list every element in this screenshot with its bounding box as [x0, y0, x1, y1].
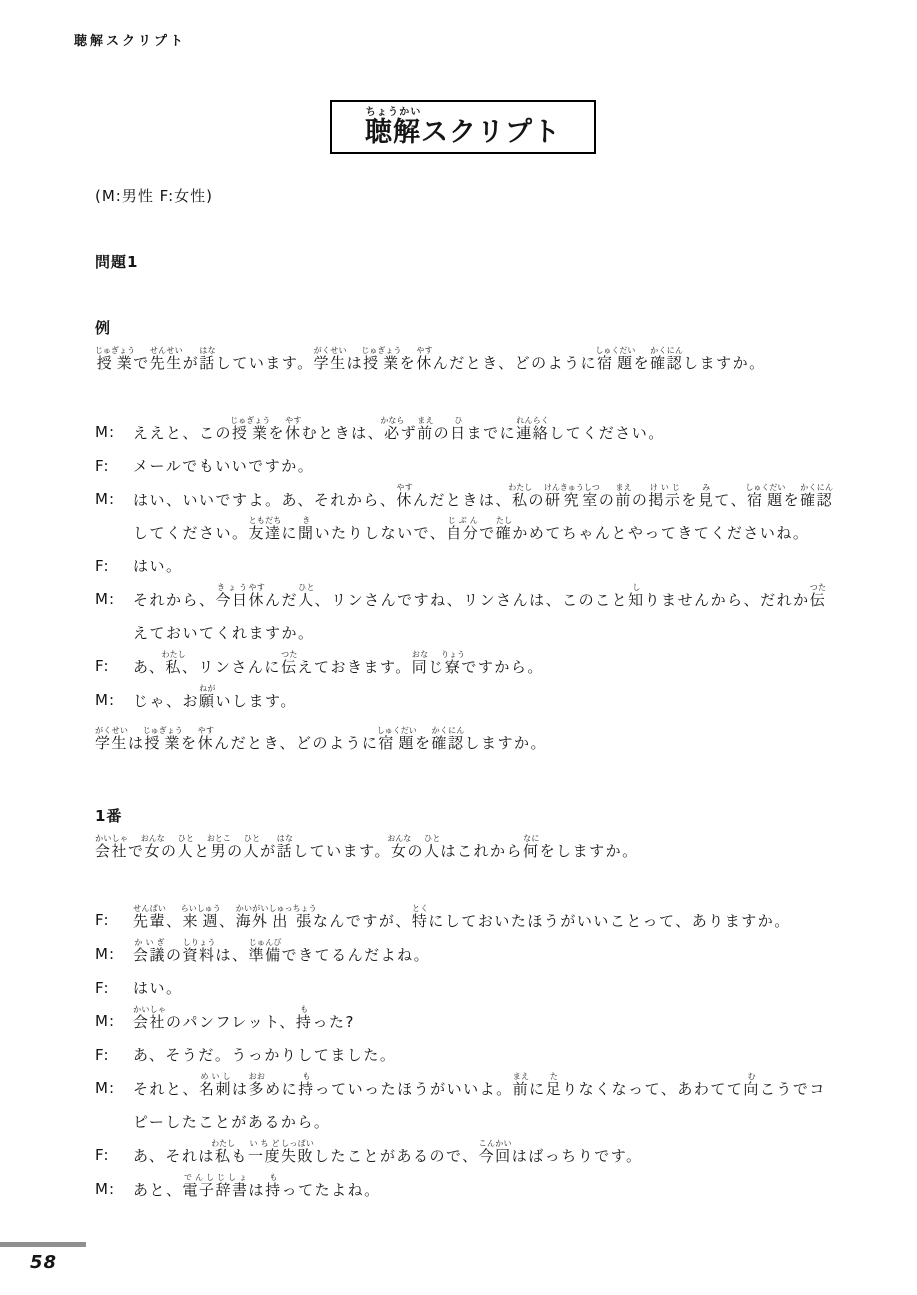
page-number: 58 [30, 1252, 57, 1273]
ruby-text: 特とく [412, 912, 429, 930]
dialogue-text: それから、今日きょう休やすんだ人ひと、リンさんですね、リンさんは、このこと知しり… [133, 583, 835, 650]
speaker-label: M: [95, 1072, 133, 1139]
narration-line: 会社かいしゃで女おんなの人ひとと男おとこの人ひとが話はなしています。女おんなの人… [95, 834, 835, 868]
speaker-label: F: [95, 550, 133, 583]
ruby-text: 多おお [249, 1080, 266, 1098]
ruby-text: 男おとこ [211, 842, 228, 860]
dialogue-line: F:先輩せんぱい、来週らいしゅう、海外かいがい出張しゅっちょうなんですが、特とく… [95, 904, 835, 938]
ruby-text: 同おな [412, 658, 429, 676]
page-title-box: 聴解ちょうかいスクリプト [330, 100, 596, 154]
ruby-text: 会社かいしゃ [95, 842, 128, 860]
ruby-text: 前まえ [417, 424, 434, 442]
ruby-text: 掲示けいじ [648, 491, 681, 509]
ruby-text: 研究室けんきゅうしつ [545, 491, 599, 509]
ruby-text: 名刺めいし [199, 1080, 232, 1098]
ruby-text: 願ねが [199, 692, 216, 710]
ruby-text: 先生せんせい [150, 354, 183, 372]
dialogue-line: F:メールでもいいですか。 [95, 450, 835, 483]
ruby-text: 聞き [298, 524, 315, 542]
dialogue-text: はい。 [133, 972, 835, 1005]
dialogue-block: F:先輩せんぱい、来週らいしゅう、海外かいがい出張しゅっちょうなんですが、特とく… [95, 904, 835, 1207]
ruby-text: 今回こんかい [479, 1147, 512, 1165]
ruby-text: 女おんな [391, 842, 408, 860]
speaker-label: M: [95, 583, 133, 650]
ruby-text: 向む [743, 1080, 760, 1098]
narration-line: 学生がくせいは授業じゅぎょうを休やすんだとき、どのように宿題しゅくだいを確認かく… [95, 726, 835, 760]
running-header: 聴解スクリプト [74, 30, 186, 49]
dialogue-text: 会議かいぎの資料しりょうは、準備じゅんびできてるんだよね。 [133, 938, 835, 972]
dialogue-line: F:あ、そうだ。うっかりしてました。 [95, 1039, 835, 1072]
ruby-text: 確たし [496, 524, 513, 542]
ruby-text: 電子でんし [183, 1181, 216, 1199]
dialogue-text: それと、名刺めいしは多おおめに持もっていったほうがいいよ。前まえに足たりなくなっ… [133, 1072, 835, 1139]
ruby-text: 人ひと [244, 842, 261, 860]
dialogue-text: じゃ、お願ねがいします。 [133, 684, 835, 718]
dialogue-block: M:ええと、この授業じゅぎょうを休やすむときは、必かならず前まえの日ひまでに連絡… [95, 416, 835, 718]
ruby-text: 休やす [285, 424, 302, 442]
ruby-text: 人ひと [424, 842, 441, 860]
ruby-text: 会議かいぎ [133, 946, 166, 964]
ruby-text: 私わたし [165, 658, 182, 676]
ruby-text: 海外かいがい [236, 912, 269, 930]
ruby-text: 前まえ [513, 1080, 530, 1098]
dialogue-text: 会社かいしゃのパンフレット、持もった? [133, 1005, 835, 1039]
ruby-text: 持も [265, 1181, 282, 1199]
dialogue-text: あ、そうだ。うっかりしてました。 [133, 1039, 835, 1072]
dialogue-text: 先輩せんぱい、来週らいしゅう、海外かいがい出張しゅっちょうなんですが、特とくにし… [133, 904, 835, 938]
ruby-text: 話はな [199, 354, 216, 372]
ruby-text: 準備じゅんび [249, 946, 282, 964]
speaker-label: F: [95, 450, 133, 483]
ruby-text: 確認かくにん [800, 491, 833, 509]
ruby-text: 失敗しっぱい [281, 1147, 314, 1165]
speaker-label: M: [95, 684, 133, 718]
section-heading: 例 [95, 318, 835, 338]
ruby-text: 今日きょう [216, 591, 249, 609]
ruby-text: 私わたし [215, 1147, 232, 1165]
ruby-text: 会社かいしゃ [133, 1013, 166, 1031]
speaker-label: F: [95, 904, 133, 938]
ruby-text: 日ひ [450, 424, 467, 442]
ruby-text: 出張しゅっちょう [269, 912, 313, 930]
ruby-text: 必かなら [384, 424, 401, 442]
ruby-text: 学生がくせい [95, 734, 128, 752]
speaker-label: F: [95, 650, 133, 684]
ruby-text: 確認かくにん [432, 734, 465, 752]
ruby-text: 聴解ちょうかい [365, 117, 421, 148]
dialogue-line: M:はい、いいですよ。あ、それから、休やすんだときは、私わたしの研究室けんきゅう… [95, 483, 835, 550]
ruby-text: 友達ともだち [249, 524, 282, 542]
ruby-text: 休やす [198, 734, 215, 752]
dialogue-line: M:会議かいぎの資料しりょうは、準備じゅんびできてるんだよね。 [95, 938, 835, 972]
dialogue-line: M:あと、電子でんし辞書じしょは持もってたよね。 [95, 1173, 835, 1207]
ruby-text: 宿題しゅくだい [747, 491, 784, 509]
ruby-text: 辞書じしょ [216, 1181, 249, 1199]
dialogue-line: F:はい。 [95, 550, 835, 583]
ruby-text: 休やす [249, 591, 266, 609]
section-heading: 1番 [95, 806, 835, 826]
ruby-text: 足た [546, 1080, 563, 1098]
page-title: 聴解ちょうかいスクリプト [365, 107, 561, 148]
dialogue-text: あと、電子でんし辞書じしょは持もってたよね。 [133, 1173, 835, 1207]
dialogue-text: はい、いいですよ。あ、それから、休やすんだときは、私わたしの研究室けんきゅうしつ… [133, 483, 835, 550]
ruby-text: 伝つた [810, 591, 827, 609]
ruby-text: 授業じゅぎょう [145, 734, 182, 752]
ruby-text: 伝つた [281, 658, 298, 676]
dialogue-line: M:それから、今日きょう休やすんだ人ひと、リンさんですね、リンさんは、このこと知… [95, 583, 835, 650]
dialogue-text: はい。 [133, 550, 835, 583]
ruby-text: 授業じゅぎょう [95, 354, 133, 372]
dialogue-line: F:あ、それは私わたしも一度いちど失敗しっぱいしたことがあるので、今回こんかいは… [95, 1139, 835, 1173]
ruby-text: 一度いちど [248, 1147, 281, 1165]
speaker-label: M: [95, 1005, 133, 1039]
ruby-text: 休やす [396, 491, 413, 509]
ruby-text: 連絡れんらく [516, 424, 549, 442]
ruby-text: 前まえ [615, 491, 632, 509]
speaker-label: F: [95, 1039, 133, 1072]
ruby-text: 知し [628, 591, 645, 609]
speaker-label: F: [95, 1139, 133, 1173]
ruby-text: 寮りょう [445, 658, 462, 676]
dialogue-text: メールでもいいですか。 [133, 450, 835, 483]
section-heading: 問題1 [95, 252, 835, 272]
ruby-text: 宿題しゅくだい [597, 354, 634, 372]
ruby-text: 話はな [277, 842, 294, 860]
ruby-text: 持も [296, 1013, 313, 1031]
ruby-text: 人ひと [298, 591, 315, 609]
speaker-label: M: [95, 483, 133, 550]
ruby-text: 授業じゅぎょう [363, 354, 400, 372]
ruby-text: 先輩せんぱい [133, 912, 166, 930]
narration-line: 授業じゅぎょうで先生せんせいが話はなしています。学生がくせいは授業じゅぎょうを休… [95, 346, 835, 380]
speaker-label: F: [95, 972, 133, 1005]
ruby-text: 人ひと [178, 842, 195, 860]
dialogue-line: M:会社かいしゃのパンフレット、持もった? [95, 1005, 835, 1039]
ruby-text: 学生がくせい [314, 354, 347, 372]
footer-bar [0, 1242, 86, 1247]
script-content: (M:男性 F:女性) 問題1例授業じゅぎょうで先生せんせいが話はなしています。… [95, 186, 835, 1207]
dialogue-line: M:それと、名刺めいしは多おおめに持もっていったほうがいいよ。前まえに足たりなく… [95, 1072, 835, 1139]
dialogue-line: F:はい。 [95, 972, 835, 1005]
dialogue-text: あ、それは私わたしも一度いちど失敗しっぱいしたことがあるので、今回こんかいはばっ… [133, 1139, 835, 1173]
ruby-text: 宿題しゅくだい [378, 734, 415, 752]
ruby-text: 持も [298, 1080, 315, 1098]
ruby-text: 授業じゅぎょう [232, 424, 269, 442]
ruby-text: 自分じぶん [446, 524, 479, 542]
dialogue-line: F:あ、私わたし、リンさんに伝つたえておきます。同おなじ寮りょうですから。 [95, 650, 835, 684]
speaker-label: M: [95, 1173, 133, 1207]
ruby-text: 来週らいしゅう [183, 912, 220, 930]
ruby-text: 何なに [523, 842, 540, 860]
ruby-text: 見み [698, 491, 715, 509]
blocks-container: 問題1例授業じゅぎょうで先生せんせいが話はなしています。学生がくせいは授業じゅぎ… [95, 252, 835, 1207]
dialogue-text: ええと、この授業じゅぎょうを休やすむときは、必かならず前まえの日ひまでに連絡れん… [133, 416, 835, 450]
speaker-label: M: [95, 416, 133, 450]
ruby-text: 私わたし [512, 491, 529, 509]
speaker-legend: (M:男性 F:女性) [95, 186, 835, 206]
ruby-text: 女おんな [145, 842, 162, 860]
dialogue-line: M:じゃ、お願ねがいします。 [95, 684, 835, 718]
dialogue-text: あ、私わたし、リンさんに伝つたえておきます。同おなじ寮りょうですから。 [133, 650, 835, 684]
dialogue-line: M:ええと、この授業じゅぎょうを休やすむときは、必かならず前まえの日ひまでに連絡… [95, 416, 835, 450]
ruby-text: 確認かくにん [650, 354, 683, 372]
ruby-text: 休やす [416, 354, 433, 372]
ruby-text: 資料しりょう [183, 946, 216, 964]
speaker-label: M: [95, 938, 133, 972]
